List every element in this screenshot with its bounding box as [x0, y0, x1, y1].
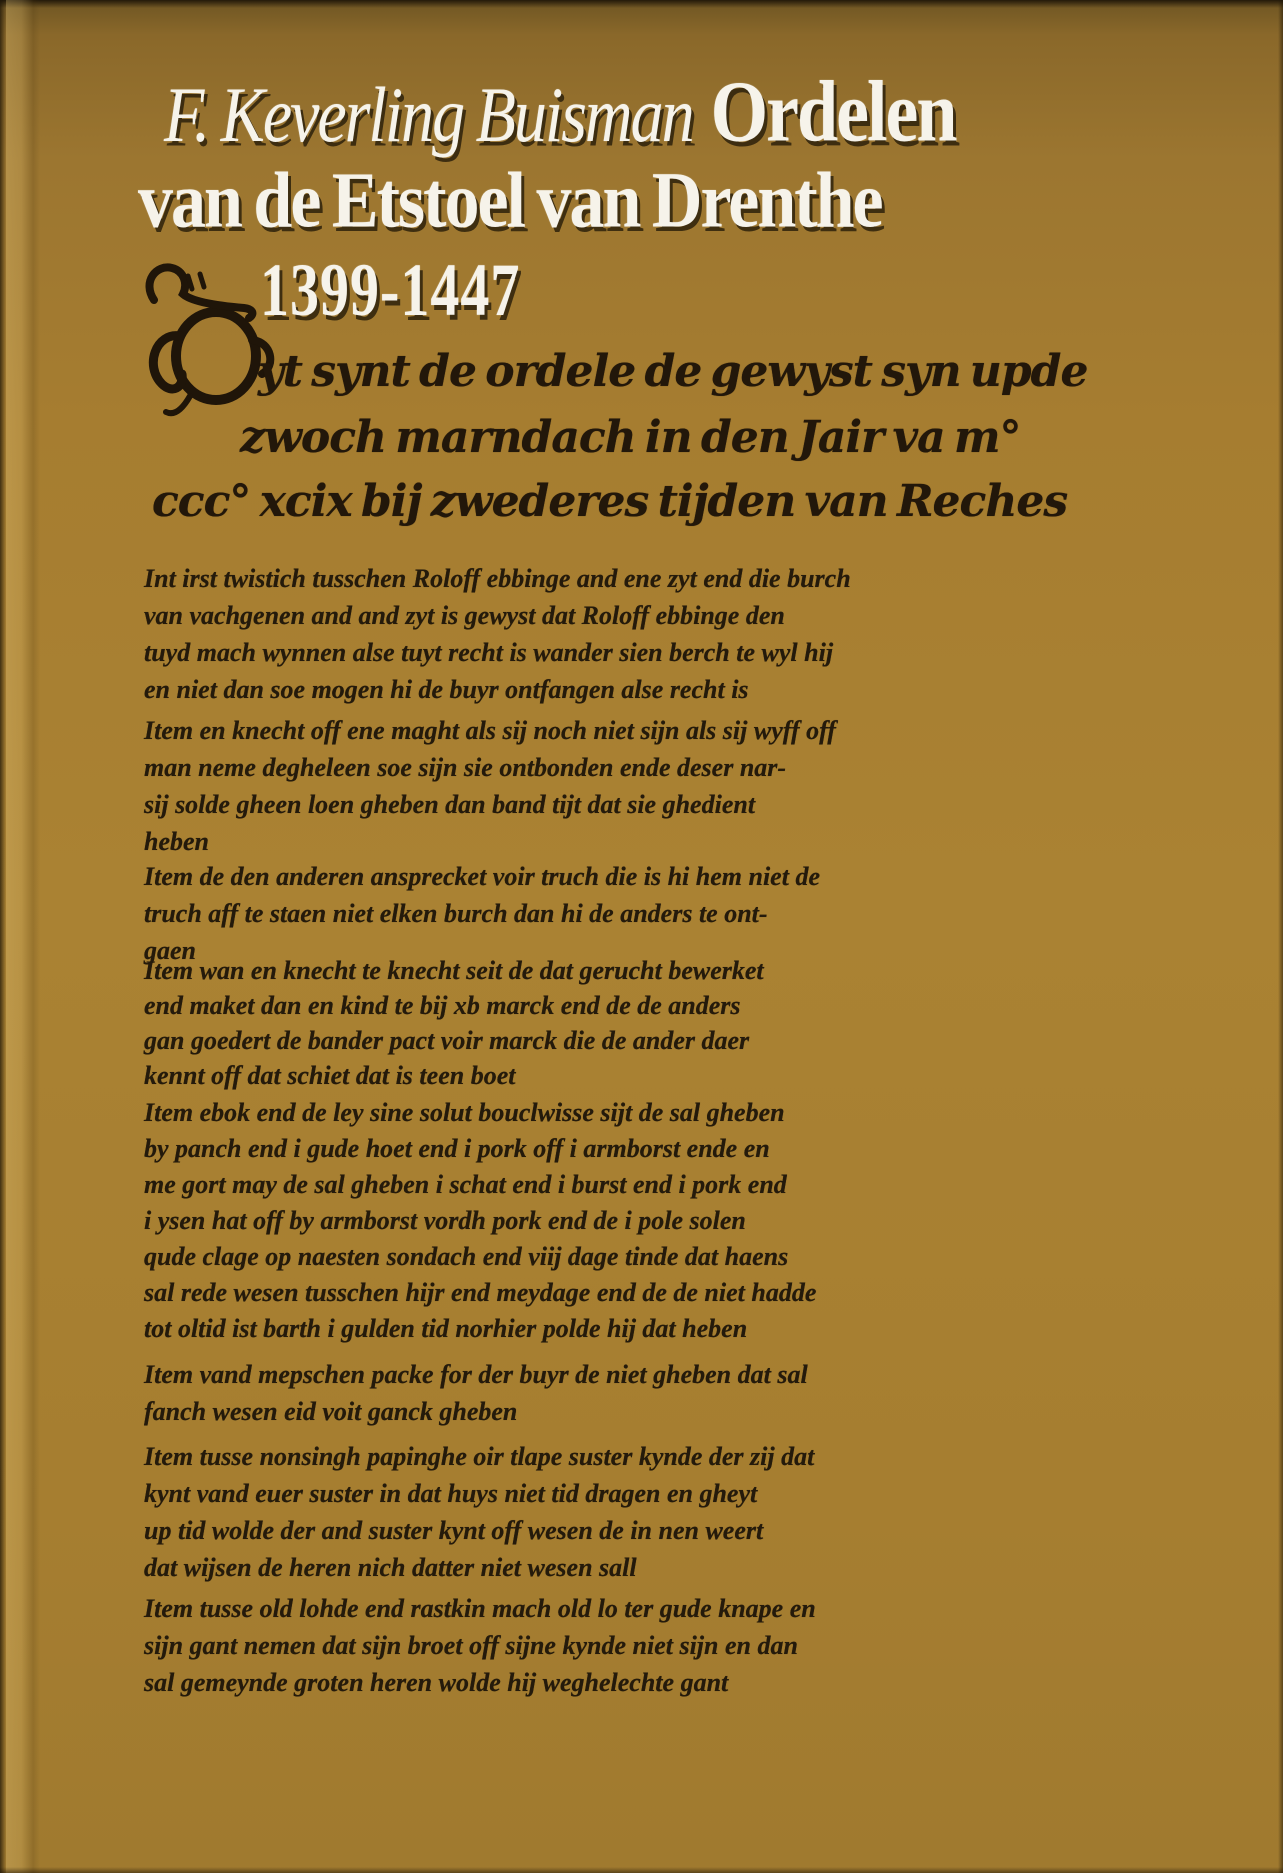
manuscript-line: kynt vand euer suster in dat huys niet t… — [144, 1475, 934, 1512]
manuscript-line: up tid wolde der and suster kynt off wes… — [144, 1512, 934, 1549]
manuscript-paragraph-8: Item tusse old lohde end rastkin mach ol… — [144, 1590, 934, 1701]
manuscript-paragraph-2: Item en knecht off ene maght als sij noc… — [144, 712, 934, 860]
book-cover: F. Keverling Buisman Ordelen van de Etst… — [0, 0, 1283, 1873]
manuscript-line: sij solde gheen loen gheben dan band tij… — [144, 786, 934, 823]
author-name: F. Keverling Buisman — [164, 71, 693, 161]
manuscript-line: Item tusse nonsingh papinghe oir tlape s… — [144, 1438, 934, 1475]
scan-edge-top — [0, 0, 1283, 8]
manuscript-line: sijn gant nemen dat sijn broet off sijne… — [144, 1627, 934, 1664]
manuscript-line: qude clage op naesten sondach end viij d… — [144, 1239, 934, 1275]
manuscript-line: truch aff te staen niet elken burch dan … — [144, 895, 934, 932]
manuscript-line: fanch wesen eid voit ganck gheben — [144, 1393, 934, 1430]
manuscript-line: by panch end i gude hoet end i pork off … — [144, 1131, 934, 1167]
manuscript-line: en niet dan soe mogen hi de buyr ontfang… — [144, 671, 934, 708]
manuscript-line: dat wijsen de heren nich datter niet wes… — [144, 1549, 934, 1586]
title-years: 1399-1447 — [260, 246, 520, 333]
manuscript-paragraph-4: Item wan en knecht te knecht seit de dat… — [144, 953, 934, 1093]
title-line-2: van de Etstoel van Drenthe — [138, 156, 882, 247]
manuscript-paragraph-7: Item tusse nonsingh papinghe oir tlape s… — [144, 1438, 934, 1586]
manuscript-line: sal rede wesen tusschen hijr end meydage… — [144, 1275, 934, 1311]
manuscript-heading-line-3: ccc° xcix bij zwederes tijden van Reches — [152, 476, 1067, 527]
manuscript-line: Int irst twistich tusschen Roloff ebbing… — [144, 560, 934, 597]
manuscript-line: van vachgenen and and zyt is gewyst dat … — [144, 597, 934, 634]
manuscript-line: kennt off dat schiet dat is teen boet — [144, 1058, 934, 1093]
manuscript-line: end maket dan en kind te bij xb marck en… — [144, 988, 934, 1023]
manuscript-line: Item ebok end de ley sine solut bouclwis… — [144, 1095, 934, 1131]
manuscript-paragraph-1: Int irst twistich tusschen Roloff ebbing… — [144, 560, 934, 708]
manuscript-line: man neme degheleen soe sijn sie ontbonde… — [144, 749, 934, 786]
manuscript-line: Item de den anderen ansprecket voir truc… — [144, 858, 934, 895]
manuscript-heading-line-2: zwoch marndach in den Jair va m° — [240, 412, 1021, 463]
manuscript-paragraph-5: Item ebok end de ley sine solut bouclwis… — [144, 1095, 934, 1347]
manuscript-paragraph-6: Item vand mepschen packe for der buyr de… — [144, 1356, 934, 1430]
manuscript-line: gan goedert de bander pact voir marck di… — [144, 1023, 934, 1058]
manuscript-line: Item en knecht off ene maght als sij noc… — [144, 712, 934, 749]
manuscript-line: tot oltid ist barth i gulden tid norhier… — [144, 1311, 934, 1347]
manuscript-line: tuyd mach wynnen alse tuyt recht is wand… — [144, 634, 934, 671]
manuscript-line: i ysen hat off by armborst vordh pork en… — [144, 1203, 934, 1239]
manuscript-line: Item tusse old lohde end rastkin mach ol… — [144, 1590, 934, 1627]
manuscript-line: Item wan en knecht te knecht seit de dat… — [144, 953, 934, 988]
scan-edge-bottom — [0, 1867, 1283, 1873]
manuscript-line: Item vand mepschen packe for der buyr de… — [144, 1356, 934, 1393]
spine-highlight — [6, 0, 40, 1873]
title-line-1: F. Keverling Buisman Ordelen — [164, 78, 956, 163]
manuscript-line: me gort may de sal gheben i schat end i … — [144, 1167, 934, 1203]
title-word: Ordelen — [711, 63, 956, 163]
scan-edge-right — [1278, 0, 1283, 1873]
manuscript-line: heben — [144, 823, 934, 860]
manuscript-line: sal gemeynde groten heren wolde hij wegh… — [144, 1664, 934, 1701]
manuscript-heading-line-1: yt synt de ordele de gewyst syn upde — [258, 346, 1087, 397]
